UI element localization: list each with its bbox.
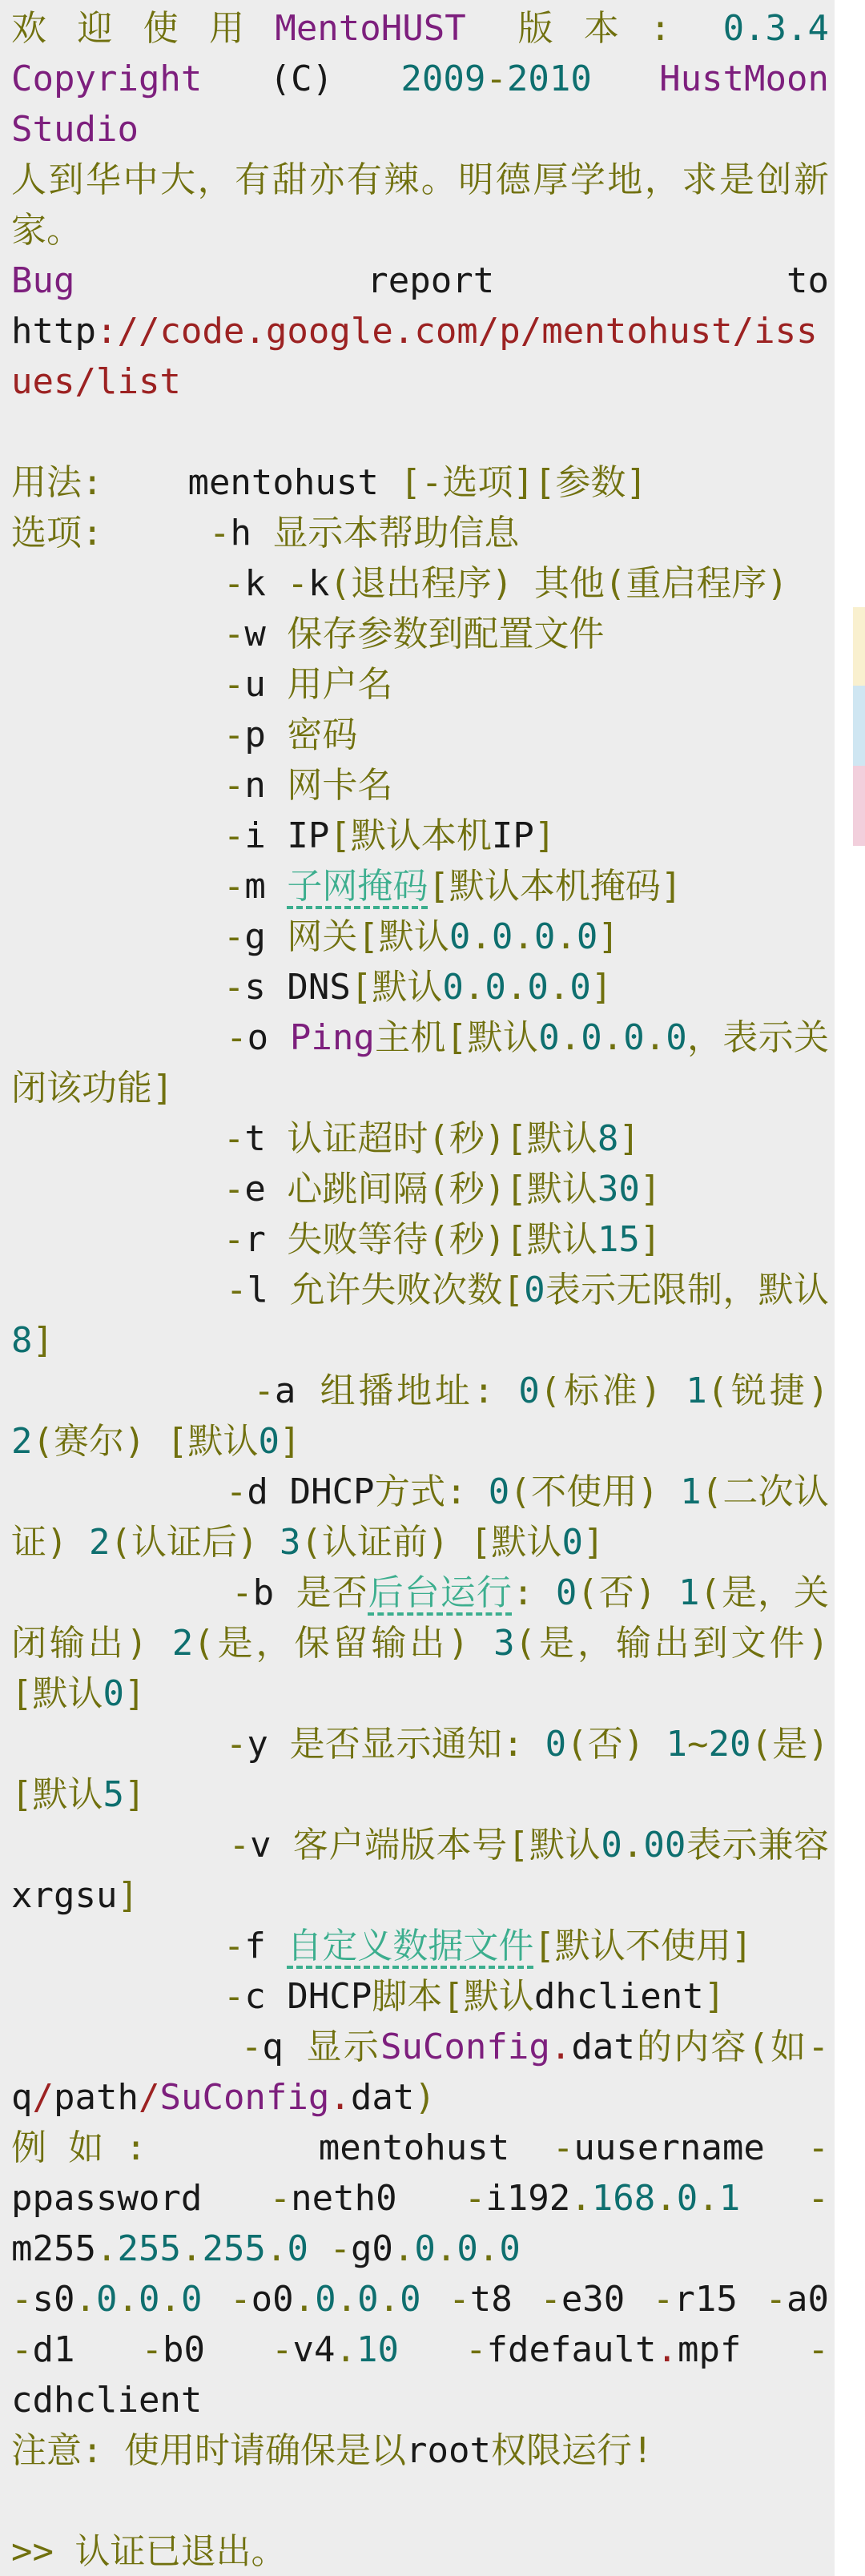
text-segment: - <box>287 563 308 604</box>
text-segment: 用户名 <box>287 664 392 705</box>
text-segment: . <box>698 2178 719 2219</box>
text-segment <box>11 1825 229 1866</box>
text-segment: (标准) <box>540 1371 686 1411</box>
text-segment: 1 <box>719 2178 741 2219</box>
text-segment: 0 <box>457 2228 478 2269</box>
text-segment: 0 <box>181 2279 203 2320</box>
text-segment: 0 <box>545 1724 567 1765</box>
text-segment: . <box>393 2228 415 2269</box>
terminal-line: -p 密码 <box>11 710 829 760</box>
text-segment: k <box>308 563 330 604</box>
annotated-term[interactable]: 子网掩码 <box>287 866 428 907</box>
terminal-line: -f 自定义数据文件[默认不使用] <box>11 1921 829 1971</box>
text-segment: 客户端版本号[默认 <box>293 1825 601 1866</box>
text-segment <box>11 1169 223 1210</box>
text-segment: f <box>244 1926 287 1966</box>
text-segment <box>11 2027 241 2067</box>
terminal-line: -m 子网掩码[默认本机掩码] <box>11 861 829 912</box>
text-segment: - <box>223 614 245 654</box>
text-segment <box>11 1572 231 1613</box>
text-segment: v <box>250 1825 293 1866</box>
text-segment: 00 <box>643 1825 686 1866</box>
text-segment: (否) <box>566 1724 666 1765</box>
text-segment: 认证超时(秒)[默认 <box>287 1118 597 1159</box>
terminal-line: -u 用户名 <box>11 659 829 710</box>
text-segment: s0 <box>33 2279 75 2320</box>
text-segment: . <box>570 2178 592 2219</box>
text-segment: (不使用) <box>509 1471 680 1512</box>
terminal-line: -c DHCP脚本[默认dhclient] <box>11 1971 829 2022</box>
text-segment: 1 <box>686 1371 707 1411</box>
text-segment: e30 <box>561 2279 653 2320</box>
text-segment: 2 <box>11 1421 33 1462</box>
text-segment: ] <box>124 1774 146 1815</box>
text-segment: - <box>465 2329 487 2370</box>
terminal-line: -k -k(退出程序) 其他(重启程序) <box>11 558 829 609</box>
text-segment: 心跳间隔(秒)[默认 <box>287 1169 597 1210</box>
text-segment: [默认 <box>351 967 443 1008</box>
text-segment: t8 <box>470 2279 541 2320</box>
text-segment: [-选项][参数] <box>400 462 646 503</box>
text-segment: ] <box>33 1320 54 1361</box>
text-segment <box>399 2329 465 2370</box>
text-segment: - <box>766 2279 787 2320</box>
text-segment: - <box>223 765 245 806</box>
text-segment: 人到华中大，有甜亦有辣。明德厚学地，求是创新家。 <box>11 159 829 251</box>
text-segment: m255 <box>11 2228 96 2269</box>
text-segment: ] <box>640 1219 662 1260</box>
text-segment: s DNS <box>244 967 350 1008</box>
text-segment: - <box>553 2127 574 2168</box>
text-segment: - <box>329 2228 351 2269</box>
text-segment: . <box>622 1825 644 1866</box>
text-segment: 显示本帮助信息 <box>272 513 519 553</box>
text-segment: - <box>223 664 245 705</box>
text-segment: 168 <box>592 2178 655 2219</box>
text-segment: . <box>655 2178 677 2219</box>
text-segment: 2010 <box>507 58 592 99</box>
terminal-line: -b 是否后台运行: 0(否) 1(是，关闭输出) 2(是，保留输出) 3(是，… <box>11 1568 829 1719</box>
text-segment: - <box>808 2027 830 2067</box>
text-segment: mentohust <box>187 462 400 503</box>
text-segment: [默认本机掩码] <box>428 866 682 907</box>
text-segment: ] <box>117 1875 139 1916</box>
text-segment: - <box>223 1169 245 1210</box>
terminal-line: -v 客户端版本号[默认0.00表示兼容xrgsu] <box>11 1820 829 1921</box>
text-segment: ] <box>640 1169 662 1210</box>
text-segment: 0 <box>442 967 464 1008</box>
text-segment: y <box>247 1724 289 1765</box>
text-segment: u <box>244 664 287 705</box>
text-segment: dat <box>351 2077 414 2118</box>
terminal-line: -n 网卡名 <box>11 760 829 811</box>
text-segment: (否) <box>577 1572 678 1613</box>
text-segment: 0 <box>499 2228 521 2269</box>
text-segment: - <box>808 2178 830 2219</box>
text-segment: 是否 <box>296 1572 368 1613</box>
text-segment: - <box>540 2279 561 2320</box>
text-segment <box>11 2481 33 2522</box>
text-segment: 0 <box>581 1017 602 1058</box>
text-segment: 1 <box>678 1572 700 1613</box>
text-segment: 失败等待(秒)[默认 <box>287 1219 597 1260</box>
text-segment <box>11 1976 223 2017</box>
text-segment <box>421 2279 449 2320</box>
text-segment: 0 <box>534 916 556 957</box>
text-segment: 选项: <box>11 513 209 553</box>
text-segment: i192 <box>485 2178 570 2219</box>
text-segment: - <box>223 866 245 907</box>
text-segment: a <box>275 1371 320 1411</box>
text-segment: cdhclient <box>11 2380 202 2421</box>
text-segment: 是否显示通知: <box>290 1724 545 1765</box>
text-segment: r <box>244 1219 287 1260</box>
text-segment: c DHCP <box>244 1976 372 2017</box>
terminal-line: -o Ping主机[默认0.0.0.0，表示关闭该功能] <box>11 1012 829 1113</box>
text-segment <box>11 1926 223 1966</box>
text-segment: - <box>223 1926 245 1966</box>
text-segment: o <box>247 1017 290 1058</box>
terminal-line: -i IP[默认本机IP] <box>11 811 829 861</box>
text-segment: . <box>513 916 534 957</box>
terminal-line: -d DHCP方式: 0(不使用) 1(二次认证) 2(认证后) 3(认证前) … <box>11 1467 829 1568</box>
text-segment <box>11 916 223 957</box>
text-segment: . <box>336 2329 357 2370</box>
text-segment: . <box>294 2279 316 2320</box>
text-segment: 0 <box>577 916 598 957</box>
text-segment: / <box>139 2077 160 2118</box>
text-segment: h <box>230 513 272 553</box>
text-segment: 欢迎使用 <box>11 8 275 49</box>
terminal-line: -s0.0.0.0 -o0.0.0.0 -t8 -e30 -r15 -a0 -d… <box>11 2274 829 2425</box>
text-segment: b <box>253 1572 296 1613</box>
text-segment: dat <box>571 2027 634 2067</box>
text-segment: 0 <box>258 1421 280 1462</box>
text-segment: (认证后) <box>110 1522 279 1563</box>
terminal-line: Copyright (C) 2009-2010 HustMoon Studio <box>11 54 829 155</box>
annotated-term[interactable]: 自定义数据文件 <box>287 1926 533 1966</box>
text-segment: q <box>262 2027 306 2067</box>
terminal-line: -q 显示SuConfig.dat的内容(如-q/path/SuConfig.d… <box>11 2022 829 2123</box>
terminal-line: -w 保存参数到配置文件 <box>11 609 829 659</box>
text-segment: report to <box>74 260 850 301</box>
text-segment <box>592 58 659 99</box>
text-segment: . <box>560 1017 581 1058</box>
text-segment: http <box>11 311 96 352</box>
text-segment: 0 <box>400 2279 421 2320</box>
text-segment: - <box>253 1371 275 1411</box>
text-segment: e <box>244 1169 287 1210</box>
text-segment: . <box>549 967 570 1008</box>
text-segment: ] <box>597 916 619 957</box>
terminal-line: -s DNS[默认0.0.0.0] <box>11 962 829 1012</box>
text-segment: . <box>602 1017 624 1058</box>
text-segment: . <box>266 2228 288 2269</box>
text-segment: 0 <box>561 1522 583 1563</box>
annotated-term[interactable]: 后台运行 <box>368 1572 513 1613</box>
text-segment: 0 <box>492 916 513 957</box>
text-segment: 组播地址: <box>320 1371 519 1411</box>
text-segment: 0.3.4 <box>723 8 829 49</box>
text-segment: (锐捷) <box>707 1371 851 1411</box>
text-segment <box>11 1724 226 1765</box>
text-segment: 0 <box>524 1270 545 1310</box>
text-segment: / <box>33 2077 54 2118</box>
terminal-line: -t 认证超时(秒)[默认8] <box>11 1113 829 1164</box>
text-segment: 15 <box>597 1219 640 1260</box>
text-segment: 允许失败次数[ <box>290 1270 524 1310</box>
text-segment: ] <box>280 1421 301 1462</box>
text-segment: 255 <box>117 2228 180 2269</box>
text-segment: 0 <box>287 2228 308 2269</box>
text-segment: w <box>244 614 287 654</box>
text-segment: . <box>117 2279 139 2320</box>
text-segment: 30 <box>597 1169 640 1210</box>
terminal-line: >> 认证已退出。 <box>11 2526 829 2576</box>
text-segment: . <box>506 967 528 1008</box>
text-segment: 2 <box>172 1623 194 1664</box>
text-segment: - <box>241 2027 263 2067</box>
text-segment: - <box>226 1471 247 1512</box>
text-segment <box>11 967 223 1008</box>
text-segment: 0 <box>556 1572 577 1613</box>
text-segment: - <box>653 2279 674 2320</box>
text-segment: (退出程序) 其他(重启程序) <box>329 563 787 604</box>
terminal-line: -a 组播地址: 0(标准) 1(锐捷) 2(赛尔) [默认0] <box>11 1366 829 1467</box>
text-segment: fdefault <box>487 2329 657 2370</box>
text-segment: 权限运行! <box>491 2430 654 2471</box>
text-segment: - <box>270 2178 292 2219</box>
terminal-line: 用法: mentohust [-选项][参数] <box>11 457 829 508</box>
text-segment: - <box>223 563 245 604</box>
text-segment: (C) <box>202 58 400 99</box>
text-segment: (是，保留输出) <box>193 1623 493 1664</box>
text-segment <box>11 866 223 907</box>
text-segment <box>11 815 223 856</box>
text-segment: 0 <box>315 2279 336 2320</box>
text-segment <box>11 1270 226 1310</box>
segment-blue[interactable] <box>853 686 865 766</box>
text-segment: - <box>223 916 245 957</box>
text-segment: Bug <box>11 260 74 301</box>
text-segment: n <box>244 765 287 806</box>
text-segment: neth0 <box>291 2178 465 2219</box>
text-segment: - <box>226 1724 247 1765</box>
text-segment: mentohust <box>319 2127 553 2168</box>
text-segment: [默认本机 <box>329 815 492 856</box>
text-segment: . <box>555 916 577 957</box>
text-segment: 表示兼容 <box>686 1825 829 1866</box>
text-segment: root <box>406 2430 491 2471</box>
text-segment: uusername <box>573 2127 807 2168</box>
text-segment <box>11 563 223 604</box>
text-segment: 密码 <box>287 714 357 755</box>
text-segment: - <box>272 2329 293 2370</box>
text-segment <box>11 1219 223 1260</box>
text-segment: - <box>226 1017 247 1058</box>
text-segment: . <box>159 2279 181 2320</box>
text-segment <box>11 714 223 755</box>
segment-pink[interactable] <box>853 766 865 846</box>
text-segment: ppassword <box>11 2178 270 2219</box>
text-segment: Copyright <box>11 58 202 99</box>
text-segment: 0 <box>357 2279 379 2320</box>
text-segment: - <box>223 815 245 856</box>
text-segment: mpf <box>678 2329 808 2370</box>
text-segment: q <box>11 2077 33 2118</box>
text-segment <box>11 412 33 453</box>
terminal-line: 注意: 使用时请确保是以root权限运行! <box>11 2425 829 2476</box>
text-segment: . <box>436 2228 457 2269</box>
text-segment: 0 <box>569 967 591 1008</box>
text-segment: 的内容(如 <box>635 2027 808 2067</box>
text-segment: 表示无限制，默认 <box>545 1270 829 1310</box>
terminal-line: 例如: mentohust -uusername -ppassword -net… <box>11 2123 829 2274</box>
terminal-line: Bug report to http://code.google.com/p/m… <box>11 256 829 407</box>
text-segment: IP <box>492 815 534 856</box>
text-segment: - <box>223 714 245 755</box>
terminal-line: 欢迎使用MentoHUST 版本: 0.3.4 <box>11 3 829 54</box>
text-segment: . <box>645 1017 666 1058</box>
text-segment: xrgsu <box>11 1875 117 1916</box>
text-segment: b0 <box>163 2329 272 2370</box>
text-segment: 255 <box>202 2228 265 2269</box>
text-segment: 网关[默认 <box>287 916 449 957</box>
text-segment: 0 <box>538 1017 560 1058</box>
terminal-line <box>11 407 829 457</box>
text-segment: 0 <box>103 1673 125 1714</box>
text-segment: p <box>244 714 287 755</box>
text-segment: path <box>54 2077 139 2118</box>
text-segment: - <box>209 513 231 553</box>
text-segment: ] <box>124 1673 146 1714</box>
text-segment: 0 <box>139 2279 160 2320</box>
text-segment <box>11 1471 226 1512</box>
text-segment: 2 <box>89 1522 111 1563</box>
text-segment: 注意: 使用时请确保是以 <box>11 2430 406 2471</box>
text-segment: 8 <box>11 1320 33 1361</box>
text-segment: 保存参数到配置文件 <box>287 614 604 654</box>
text-segment: 用法: <box>11 462 187 503</box>
terminal-line: -e 心跳间隔(秒)[默认30] <box>11 1164 829 1214</box>
text-segment: k <box>244 563 287 604</box>
text-segment: . <box>74 2279 96 2320</box>
text-segment: 0 <box>666 1017 687 1058</box>
text-segment: dhclient <box>534 1976 704 2017</box>
text-segment: 0 <box>449 916 471 957</box>
text-segment: 0 <box>96 2279 118 2320</box>
text-segment: : <box>513 1572 556 1613</box>
text-segment: ] <box>591 967 613 1008</box>
terminal-line: -r 失败等待(秒)[默认15] <box>11 1214 829 1265</box>
text-segment: ~ <box>687 1724 709 1765</box>
text-segment <box>11 765 223 806</box>
text-segment: i IP <box>244 815 329 856</box>
text-segment <box>11 664 223 705</box>
text-segment: m <box>244 866 287 907</box>
text-segment: . <box>329 2077 351 2118</box>
text-segment: ://code.google.com/p/mentohust/issues/li… <box>11 311 818 402</box>
terminal-line: -y 是否显示通知: 0(否) 1~20(是) [默认5] <box>11 1719 829 1820</box>
text-segment <box>202 2279 230 2320</box>
text-segment: 方式: <box>375 1471 489 1512</box>
text-segment: 0 <box>414 2228 436 2269</box>
text-segment: 主机[默认 <box>375 1017 538 1058</box>
text-segment: 0 <box>489 1471 510 1512</box>
terminal-output: 欢迎使用MentoHUST 版本: 0.3.4Copyright (C) 200… <box>0 0 835 2576</box>
text-segment: v4 <box>293 2329 336 2370</box>
text-segment: 8 <box>597 1118 619 1159</box>
text-segment: . <box>464 967 485 1008</box>
text-segment: 3 <box>280 1522 301 1563</box>
terminal-line <box>11 2476 829 2526</box>
text-segment: - <box>808 2127 830 2168</box>
text-segment <box>11 614 223 654</box>
text-segment: ] <box>534 815 556 856</box>
text-segment: (赛尔) [默认 <box>33 1421 259 1462</box>
text-segment: - <box>223 967 245 1008</box>
text-segment: . <box>470 916 492 957</box>
text-segment: ] <box>618 1118 640 1159</box>
text-segment: 例如: <box>11 2127 319 2168</box>
text-segment: . <box>336 2279 358 2320</box>
text-segment: t <box>244 1118 287 1159</box>
text-segment: - <box>231 1572 253 1613</box>
text-segment: 10 <box>356 2329 399 2370</box>
text-segment: 脚本[默认 <box>372 1976 534 2017</box>
text-segment: l <box>247 1270 289 1310</box>
text-segment: 显示 <box>307 2027 380 2067</box>
text-segment: 0 <box>601 1825 622 1866</box>
text-segment: SuConfig <box>380 2027 550 2067</box>
text-segment: - <box>223 1118 245 1159</box>
text-segment: 1 <box>680 1471 702 1512</box>
text-segment <box>740 2178 807 2219</box>
text-segment: 2009 <box>400 58 485 99</box>
text-segment: - <box>229 1825 251 1866</box>
text-segment: 0 <box>677 2178 698 2219</box>
scroll-indicator[interactable] <box>853 607 865 846</box>
text-segment: - <box>226 1270 247 1310</box>
text-segment: a0 <box>787 2279 850 2320</box>
text-segment <box>11 1017 226 1058</box>
text-segment: - <box>223 1219 245 1260</box>
text-segment: 5 <box>103 1774 125 1815</box>
text-segment: SuConfig <box>159 2077 329 2118</box>
text-segment: - <box>230 2279 251 2320</box>
text-segment: 20 <box>708 1724 750 1765</box>
terminal-line: -g 网关[默认0.0.0.0] <box>11 912 829 962</box>
text-segment: 1 <box>666 1724 687 1765</box>
text-segment <box>11 1118 223 1159</box>
text-segment: . <box>550 2027 572 2067</box>
terminal-line: 人到华中大，有甜亦有辣。明德厚学地，求是创新家。 <box>11 155 829 256</box>
text-segment: 网卡名 <box>287 765 392 806</box>
segment-yellow[interactable] <box>853 607 865 686</box>
text-segment: . <box>379 2279 400 2320</box>
text-segment: 3 <box>493 1623 515 1664</box>
text-segment: 0 <box>518 1371 540 1411</box>
text-segment: r15 <box>674 2279 765 2320</box>
text-segment: - <box>142 2329 163 2370</box>
text-segment: Ping <box>290 1017 375 1058</box>
text-segment <box>308 2228 330 2269</box>
text-segment: . <box>96 2228 118 2269</box>
text-segment: ) <box>414 2077 436 2118</box>
text-segment: >> 认证已退出。 <box>11 2531 286 2572</box>
text-segment: MentoHUST <box>275 8 465 49</box>
terminal-line: 选项: -h 显示本帮助信息 <box>11 508 829 558</box>
